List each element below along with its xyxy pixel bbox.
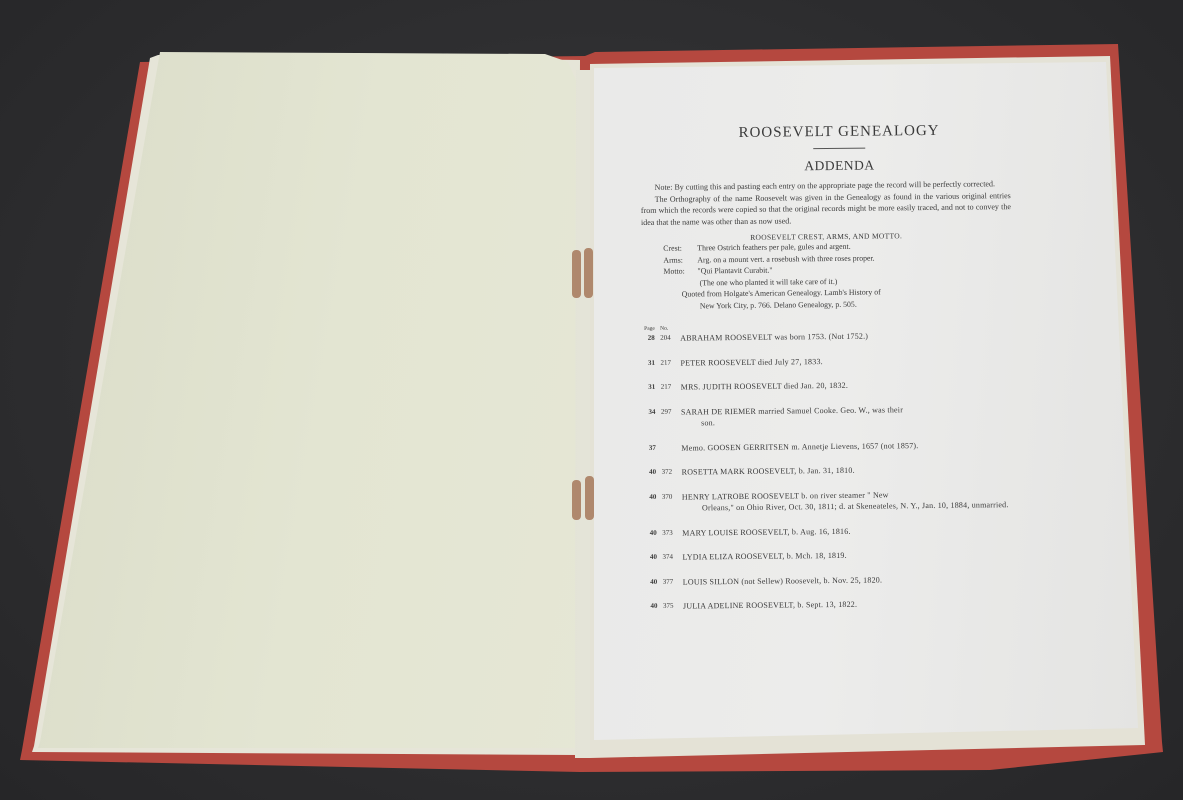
entry-row: 31217PETER ROOSEVELT died July 27, 1833. (642, 354, 1012, 369)
entry-number: 297 (661, 406, 681, 429)
entry-text: Memo. GOOSEN GERRITSEN m. Annetje Lieven… (681, 439, 1013, 454)
entry-page: 40 (644, 552, 662, 564)
entry-number: 373 (662, 527, 682, 539)
tape-mark-lower-right (585, 476, 594, 520)
entry-row: 40377LOUIS SILLON (not Sellew) Roosevelt… (645, 573, 1015, 588)
entry-text-main: ROSETTA MARK ROOSEVELT, b. Jan. 31, 1810… (682, 466, 855, 477)
entry-row: 28204ABRAHAM ROOSEVELT was born 1753. (N… (642, 329, 1012, 344)
tape-mark-upper-right (584, 248, 593, 298)
page-subtitle: ADDENDA (668, 156, 1010, 176)
entry-number: 377 (663, 576, 683, 588)
note-block: Note: By cutting this and pasting each e… (641, 178, 1011, 228)
entry-row: 40374LYDIA ELIZA ROOSEVELT, b. Mch. 18, … (644, 548, 1014, 563)
entry-row: 37Memo. GOOSEN GERRITSEN m. Annetje Liev… (643, 439, 1013, 454)
entry-row: 31217MRS. JUDITH ROOSEVELT died Jan. 20,… (643, 378, 1013, 393)
entry-page: 40 (645, 601, 663, 613)
entry-number: 204 (660, 333, 680, 345)
entry-page: 40 (644, 527, 662, 539)
entry-number: 372 (662, 467, 682, 479)
addenda-text: ROOSEVELT GENEALOGY ADDENDA Note: By cut… (640, 122, 1015, 612)
title-rule (813, 148, 865, 150)
entry-text: HENRY LATROBE ROOSEVELT b. on river stea… (682, 488, 1014, 514)
entry-text-main: Memo. GOOSEN GERRITSEN m. Annetje Lieven… (681, 441, 918, 452)
motto-label: Motto: (663, 265, 697, 277)
entry-page: 40 (644, 491, 662, 514)
entry-page: 31 (643, 382, 661, 394)
entry-text-main: LOUIS SILLON (not Sellew) Roosevelt, b. … (683, 575, 882, 586)
entry-text: SARAH DE RIEMER married Samuel Cooke. Ge… (681, 403, 1013, 429)
entry-text-main: SARAH DE RIEMER married Samuel Cooke. Ge… (681, 405, 903, 416)
entry-row: 40370HENRY LATROBE ROOSEVELT b. on river… (644, 488, 1014, 515)
arms-label: Arms: (663, 254, 697, 266)
entry-text: LYDIA ELIZA ROOSEVELT, b. Mch. 18, 1819. (682, 548, 1014, 563)
entries-list: 28204ABRAHAM ROOSEVELT was born 1753. (N… (642, 329, 1015, 612)
entry-page: 31 (642, 357, 660, 369)
entry-page: 37 (643, 442, 661, 454)
entry-text-main: MRS. JUDITH ROOSEVELT died Jan. 20, 1832… (681, 381, 848, 392)
column-no: No. (660, 326, 668, 332)
crest-label: Crest: (663, 242, 697, 254)
entry-number: 217 (660, 357, 680, 369)
entry-text-continued: Orleans," on Ohio River, Oct. 30, 1811; … (682, 499, 1014, 514)
entry-text-main: MARY LOUISE ROOSEVELT, b. Aug. 16, 1816. (682, 526, 850, 537)
entry-row: 40372ROSETTA MARK ROOSEVELT, b. Jan. 31,… (644, 463, 1014, 478)
entry-text: PETER ROOSEVELT died July 27, 1833. (680, 354, 1012, 369)
entry-text: ABRAHAM ROOSEVELT was born 1753. (Not 17… (680, 329, 1012, 344)
page-title: ROOSEVELT GENEALOGY (668, 122, 1010, 143)
entry-number: 217 (661, 382, 681, 394)
entry-text-main: LYDIA ELIZA ROOSEVELT, b. Mch. 18, 1819. (682, 551, 846, 562)
entry-number: 375 (663, 601, 683, 613)
entry-text: MARY LOUISE ROOSEVELT, b. Aug. 16, 1816. (682, 524, 1014, 539)
motto-text: "Qui Plantavit Curabit." (697, 265, 772, 277)
entry-text-continued: son. (681, 414, 1013, 429)
entry-text-main: PETER ROOSEVELT died July 27, 1833. (680, 357, 822, 367)
entry-number: 374 (662, 552, 682, 564)
entry-text-main: ABRAHAM ROOSEVELT was born 1753. (Not 17… (680, 332, 868, 343)
entry-text: ROSETTA MARK ROOSEVELT, b. Jan. 31, 1810… (682, 463, 1014, 478)
entry-number: 370 (662, 491, 682, 514)
entry-page: 34 (643, 406, 661, 429)
entry-page: 40 (645, 576, 663, 588)
entry-page: 40 (644, 467, 662, 479)
arms-text: Arg. on a mount vert. a rosebush with th… (697, 252, 874, 265)
tape-mark-upper-left (572, 250, 581, 298)
entry-row: 40373MARY LOUISE ROOSEVELT, b. Aug. 16, … (644, 524, 1014, 539)
column-page: Page (644, 326, 660, 332)
entry-text: LOUIS SILLON (not Sellew) Roosevelt, b. … (683, 573, 1015, 588)
tape-mark-lower-left (572, 480, 581, 520)
entry-row: 34297SARAH DE RIEMER married Samuel Cook… (643, 403, 1013, 430)
entry-number (661, 442, 681, 454)
entry-text-main: HENRY LATROBE ROOSEVELT b. on river stea… (682, 490, 889, 501)
entry-page: 28 (642, 333, 660, 345)
note-paragraph: The Orthography of the name Roosevelt wa… (641, 190, 1011, 228)
entry-text: MRS. JUDITH ROOSEVELT died Jan. 20, 1832… (681, 378, 1013, 393)
entry-text-main: JULIA ADELINE ROOSEVELT, b. Sept. 13, 18… (683, 600, 857, 611)
